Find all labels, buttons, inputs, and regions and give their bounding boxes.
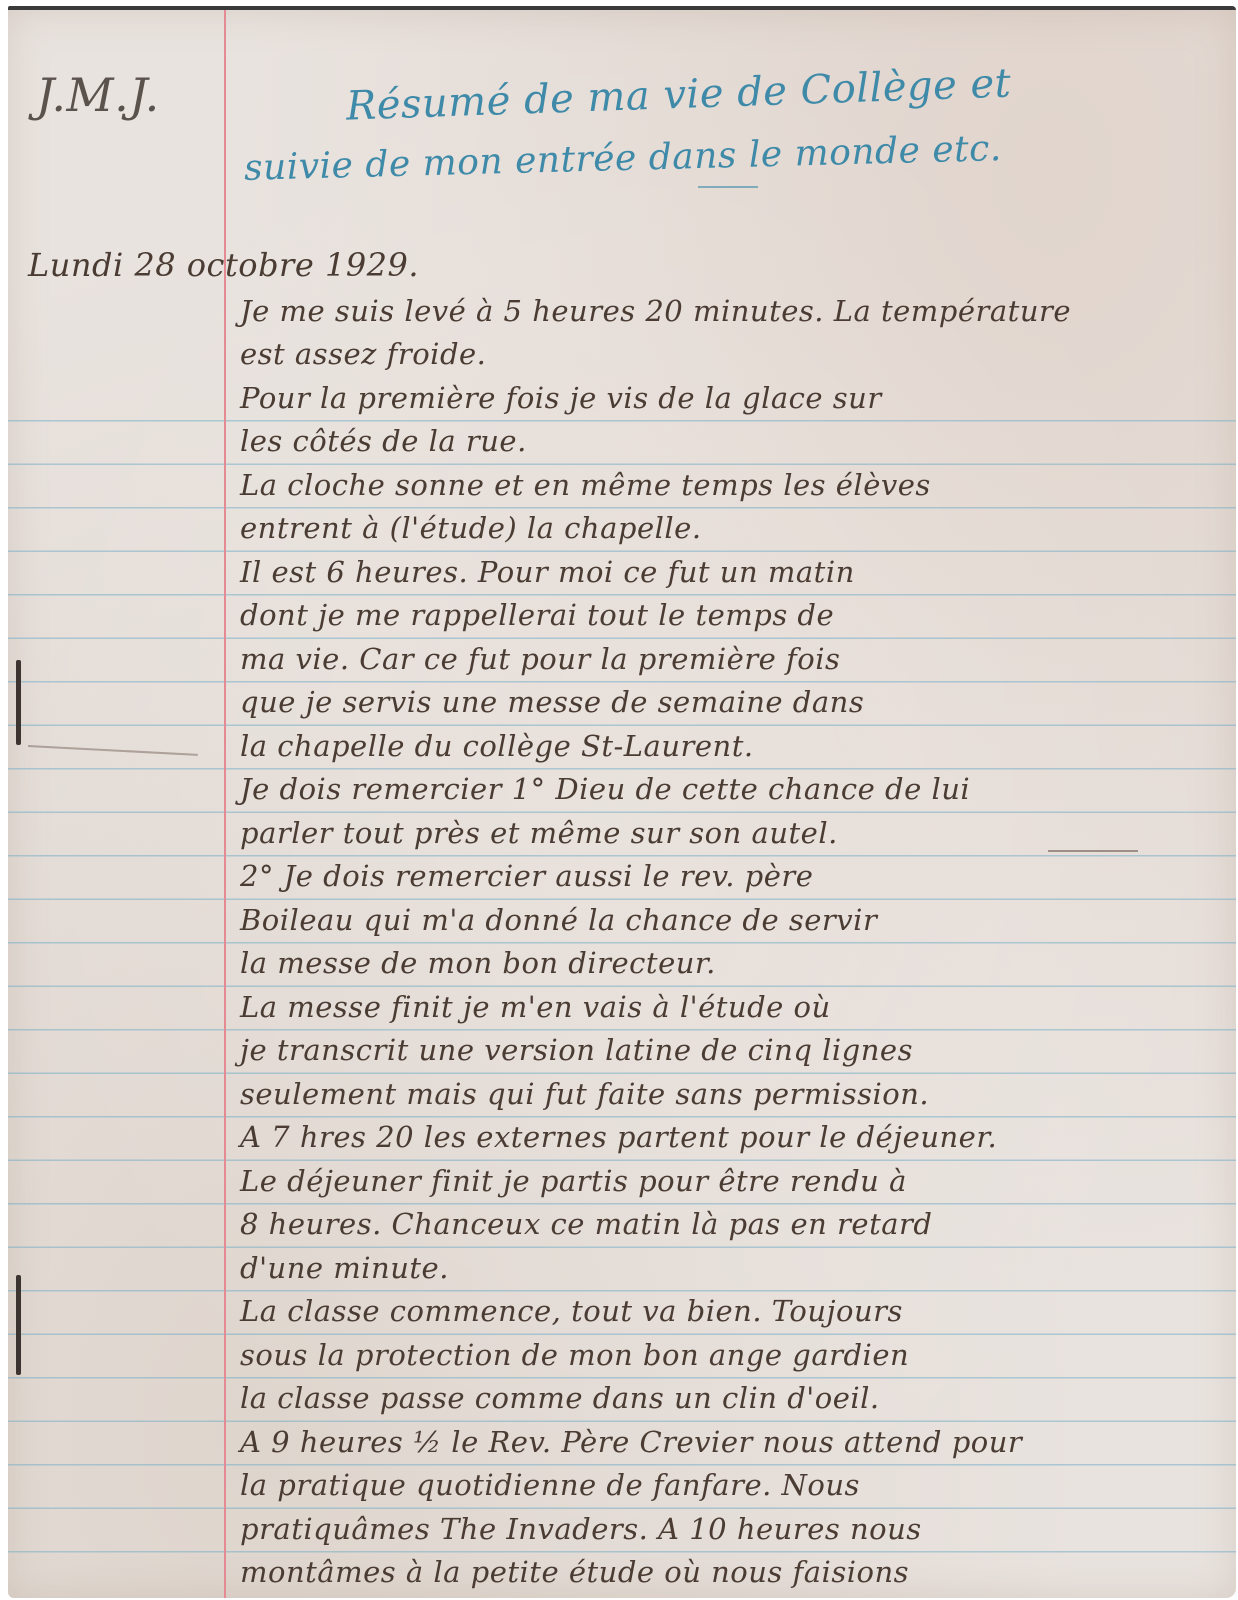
entry-line: la chapelle du collège St-Laurent.: [240, 729, 754, 763]
entry-line: Je dois remercier 1° Dieu de cette chanc…: [240, 772, 970, 806]
entry-line: pratiquâmes The Invaders. A 10 heures no…: [240, 1512, 922, 1546]
title-underline: [698, 186, 758, 188]
entry-line: la classe passe comme dans un clin d'oei…: [240, 1381, 880, 1415]
entry-line: montâmes à la petite étude où nous faisi…: [240, 1555, 909, 1589]
entry-line: A 9 heures ½ le Rev. Père Crevier nous a…: [240, 1425, 1022, 1459]
entry-line: seulement mais qui fut faite sans permis…: [240, 1077, 929, 1111]
binding-staple-top: [16, 660, 21, 745]
entry-date: Lundi 28 octobre 1929.: [28, 246, 419, 284]
entry-line: La messe finit je m'en vais à l'étude où: [240, 990, 831, 1024]
notebook-page: J.M.J. Résumé de ma vie de Collège et su…: [8, 6, 1236, 1598]
entry-line: je transcrit une version latine de cinq …: [240, 1033, 913, 1067]
entry-line: la pratique quotidienne de fanfare. Nous: [240, 1468, 860, 1502]
entry-line: d'une minute.: [240, 1251, 449, 1285]
underline-autel: [1048, 850, 1138, 852]
entry-line: Je me suis levé à 5 heures 20 minutes. L…: [240, 294, 1071, 328]
entry-line: Il est 6 heures. Pour moi ce fut un mati…: [240, 555, 855, 589]
entry-line: la messe de mon bon directeur.: [240, 946, 716, 980]
entry-line: est assez froide.: [240, 337, 486, 371]
entry-line: sous la protection de mon bon ange gardi…: [240, 1338, 909, 1372]
entry-line: dont je me rappellerai tout le temps de: [240, 598, 834, 632]
entry-line: Boileau qui m'a donné la chance de servi…: [240, 903, 877, 937]
entry-line: entrent à (l'étude) la chapelle.: [240, 511, 702, 545]
entry-line: ma vie. Car ce fut pour la première fois: [240, 642, 840, 676]
monogram: J.M.J.: [36, 68, 160, 122]
entry-line: 2° Je dois remercier aussi le rev. père: [240, 859, 813, 893]
title-line-2: suivie de mon entrée dans le monde etc.: [244, 128, 1003, 189]
title-line-1: Résumé de ma vie de Collège et: [345, 60, 1012, 129]
binding-staple-bottom: [16, 1275, 21, 1375]
entry-line: 8 heures. Chanceux ce matin là pas en re…: [240, 1207, 932, 1241]
entry-line: A 7 hres 20 les externes partent pour le…: [240, 1120, 997, 1154]
entry-line: La classe commence, tout va bien. Toujou…: [240, 1294, 903, 1328]
entry-line: parler tout près et même sur son autel.: [240, 816, 838, 850]
entry-line: les côtés de la rue.: [240, 424, 527, 458]
entry-line: Pour la première fois je vis de la glace…: [240, 381, 882, 415]
entry-line: La cloche sonne et en même temps les élè…: [240, 468, 931, 502]
entry-line: Le déjeuner finit je partis pour être re…: [240, 1164, 907, 1198]
entry-line: que je servis une messe de semaine dans: [240, 685, 864, 719]
